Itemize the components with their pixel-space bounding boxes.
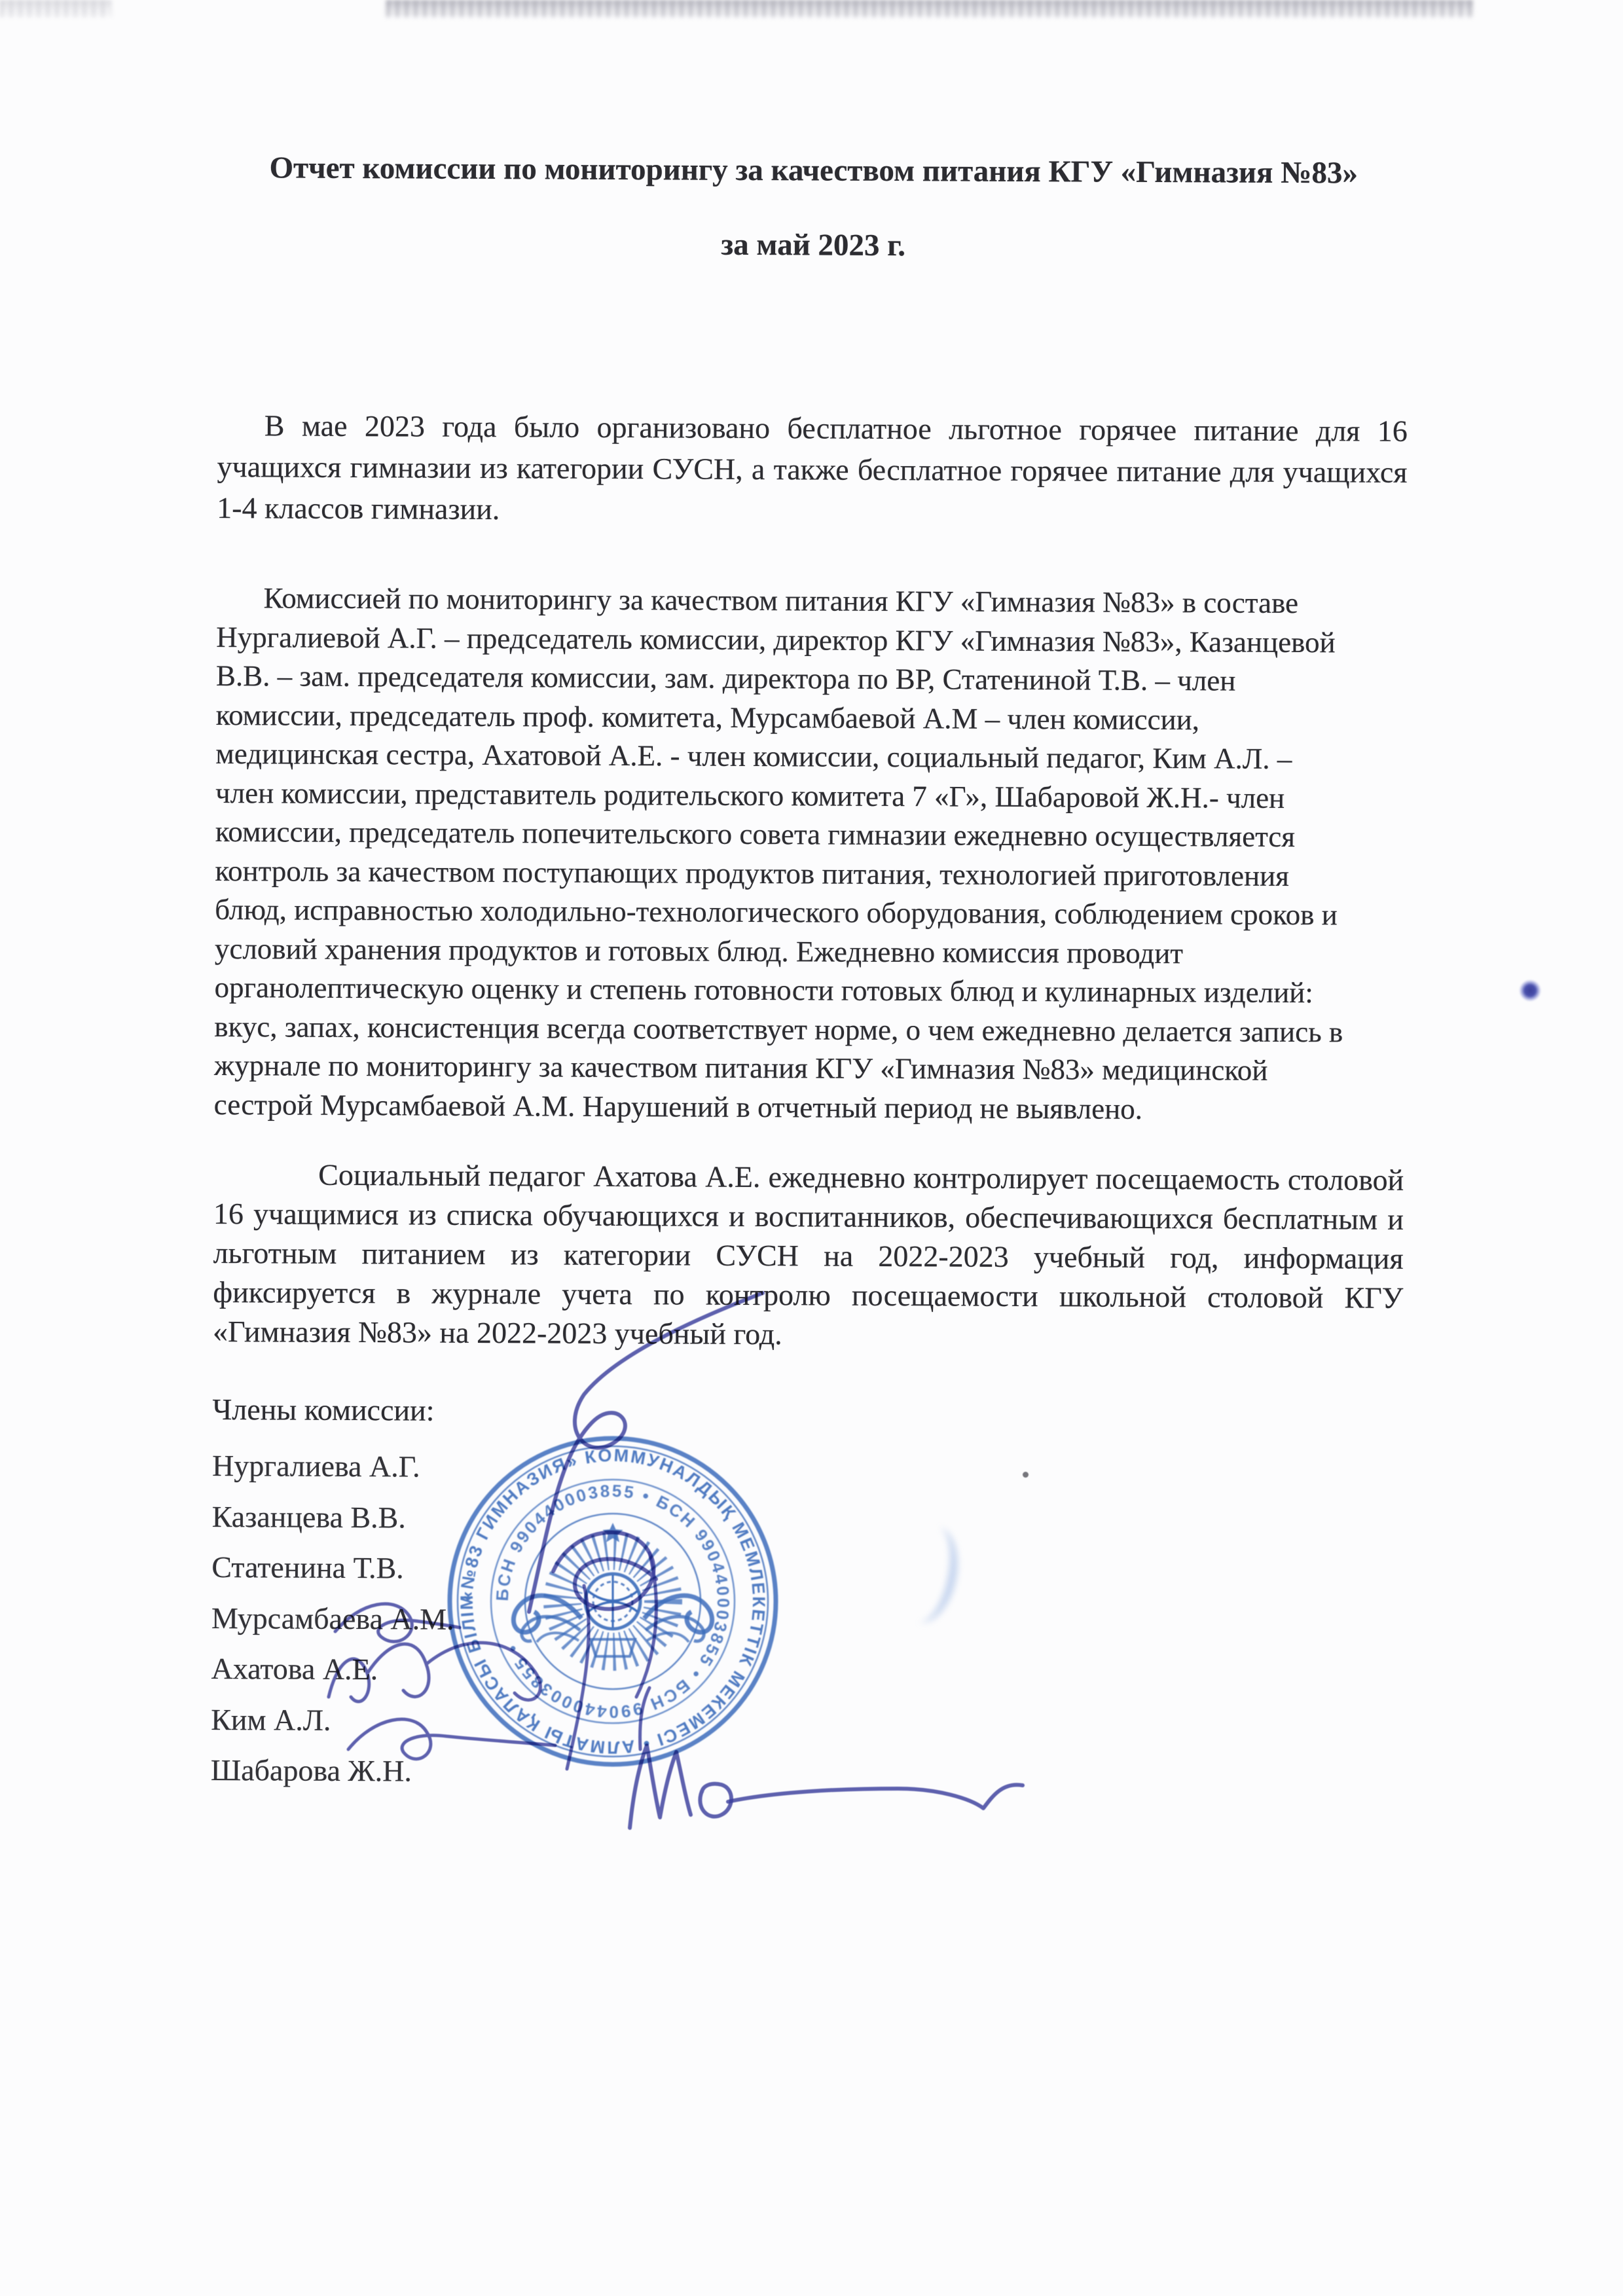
text-line: вкус, запах, консистенция всегда соответ… <box>214 1007 1404 1051</box>
signatures-ink <box>275 1264 1093 1853</box>
signature-stroke <box>640 1688 649 1749</box>
text-line: органолептическую оценку и степень готов… <box>214 968 1404 1013</box>
signature-stroke <box>700 1784 731 1817</box>
text-line: Нургалиевой А.Г. – председатель комиссии… <box>216 617 1406 662</box>
scanner-artifact-strip <box>386 0 1473 17</box>
document-subtitle: за май 2023 г. <box>218 224 1408 266</box>
text-line: журнале по мониторингу за качеством пита… <box>214 1046 1404 1091</box>
text-line: В мае 2023 года было организовано беспла… <box>217 405 1408 452</box>
scanned-document-page: Отчет комиссии по мониторингу за качеств… <box>0 0 1623 2296</box>
scanner-artifact-strip-left <box>0 0 111 17</box>
text-line: контроль за качеством поступающих продук… <box>215 851 1405 896</box>
text-line: Комиссией по мониторингу за качеством пи… <box>216 579 1406 623</box>
text-line: 1-4 классов гимназии. <box>217 487 1407 534</box>
text-line: 16 учащимися из списка обучающихся и вос… <box>213 1194 1404 1239</box>
signature-stroke <box>553 1533 656 1609</box>
signature-stroke <box>567 1586 589 1769</box>
text-line: комиссии, председатель проф. комитета, М… <box>216 695 1406 740</box>
signature-stroke <box>529 1293 763 1612</box>
text-line: блюд, исправностью холодильно-технологич… <box>215 890 1405 935</box>
text-line: Социальный педагог Ахатова А.Е. ежедневн… <box>213 1155 1404 1200</box>
text-line: учащихся гимназии из категории СУСН, а т… <box>217 446 1407 493</box>
signature-stroke <box>630 1745 691 1828</box>
document-title: Отчет комиссии по мониторингу за качеств… <box>219 149 1409 192</box>
text-line: медицинская сестра, Ахатовой А.Е. - член… <box>215 735 1406 779</box>
signature-stroke <box>728 1785 1023 1808</box>
signature-stroke <box>348 1719 555 1759</box>
paragraph-intro: В мае 2023 года было организовано беспла… <box>217 405 1408 534</box>
text-line: В.В. – зам. председателя комиссии, зам. … <box>216 657 1406 701</box>
signature-stroke <box>335 1604 460 1642</box>
text-line: комиссии, председатель попечительского с… <box>215 812 1406 857</box>
paragraph-commission: Комиссией по мониторингу за качеством пи… <box>214 579 1407 1130</box>
signature-stroke <box>636 1553 656 1697</box>
ink-blot <box>1516 977 1545 1004</box>
signature-stroke <box>329 1643 540 1702</box>
text-line: сестрой Мурсамбаевой А.М. Нарушений в от… <box>214 1085 1404 1129</box>
ink-dot <box>1023 1472 1029 1478</box>
text-line: член комиссии, представитель родительско… <box>215 773 1406 818</box>
text-line: условий хранения продуктов и готовых блю… <box>215 929 1405 974</box>
